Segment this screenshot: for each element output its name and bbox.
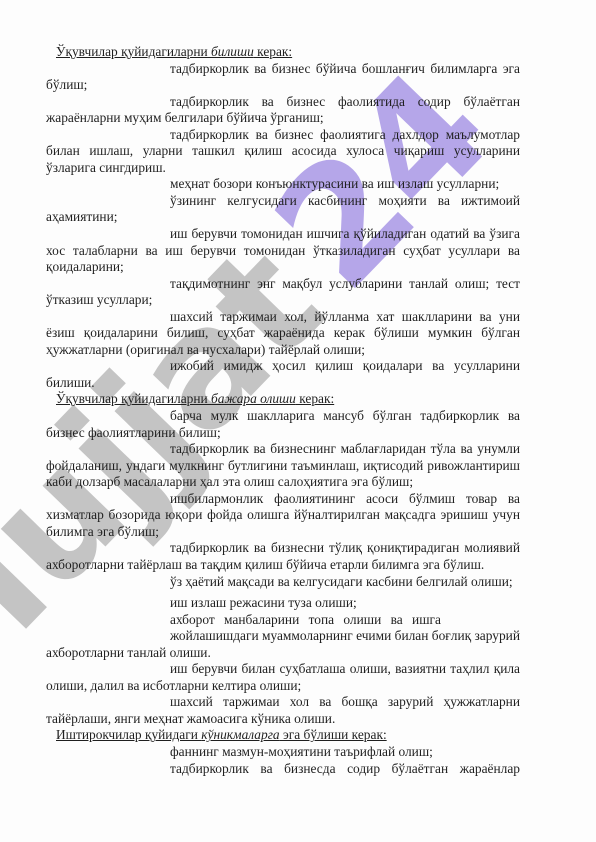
list-item: тадбиркорлик ва бизнес фаолиятида содир …	[46, 94, 520, 127]
list-item: ўз ҳаётий мақсади ва келгусидаги касбини…	[46, 574, 520, 591]
list-item: тадбиркорлик ва бизнесни тўлиқ қониқтира…	[46, 540, 520, 573]
document-body: Ўқувчилар қуйидагиларни билиши керак: та…	[46, 44, 520, 777]
list-item: фаннинг мазмун-моҳиятини таърифлай олиш;	[46, 744, 520, 761]
list-item: шахсий таржимаи хол ва бошқа зарурий ҳуж…	[46, 694, 520, 727]
section-heading: Ўқувчилар қуйидагиларни бажара олиши кер…	[46, 391, 520, 408]
heading-text: эга бўлиши керак:	[280, 727, 387, 742]
section-heading: Ўқувчилар қуйидагиларни билиши керак:	[46, 44, 520, 61]
heading-text: Ўқувчилар қуйидагиларни	[56, 44, 211, 59]
list-item: ўзининг келгусидаги касбининг моҳияти ва…	[46, 193, 520, 226]
document-page: Hujjat24 Ўқувчилар қуйидагиларни билиши …	[0, 0, 596, 842]
list-item: жойлашишдаги муаммоларнинг ечими билан б…	[46, 628, 520, 661]
heading-text: Ўқувчилар қуйидагиларни	[56, 391, 211, 406]
heading-italic-text: билиши	[211, 44, 254, 59]
list-item: ижобий имидж ҳосил қилиш қоидалари ва ус…	[46, 358, 520, 391]
list-item: шахсий таржимаи хол, йўлланма хат шаклла…	[46, 309, 520, 359]
list-item: ишбилармонлик фаолиятининг асоси бўлмиш …	[46, 491, 520, 541]
heading-text: керак:	[254, 44, 292, 59]
list-item: барча мулк шаклларига мансуб бўлган тадб…	[46, 408, 520, 441]
heading-italic-text: бажара олиши	[211, 391, 296, 406]
heading-text: Иштирокчилар қуйидаги	[56, 727, 201, 742]
section-heading: Иштирокчилар қуйидаги кўникмаларга эга б…	[46, 727, 520, 744]
list-item: ахборот манбаларини топа олиши ва ишга	[46, 612, 520, 629]
list-item: тадбиркорлик ва бизнеснинг маблағларидан…	[46, 441, 520, 491]
heading-italic-text: кўникмаларга	[201, 727, 279, 742]
heading-text: керак:	[296, 391, 334, 406]
list-item: иш берувчи томонидан ишчига қўйиладиган …	[46, 226, 520, 276]
list-item: тадбиркорлик ва бизнесда содир бўлаётган…	[46, 761, 520, 778]
list-item: иш берувчи билан суҳбатлаша олиши, вазия…	[46, 661, 520, 694]
list-item: иш излаш режасини туза олиши;	[46, 595, 520, 612]
list-item: тадбиркорлик ва бизнес фаолиятига дахлдо…	[46, 127, 520, 177]
list-item: тадбиркорлик ва бизнес бўйича бошланғич …	[46, 61, 520, 94]
list-item: меҳнат бозори конъюнктурасини ва иш изла…	[46, 176, 520, 193]
list-item: тақдимотнинг энг мақбул услубларини танл…	[46, 276, 520, 309]
